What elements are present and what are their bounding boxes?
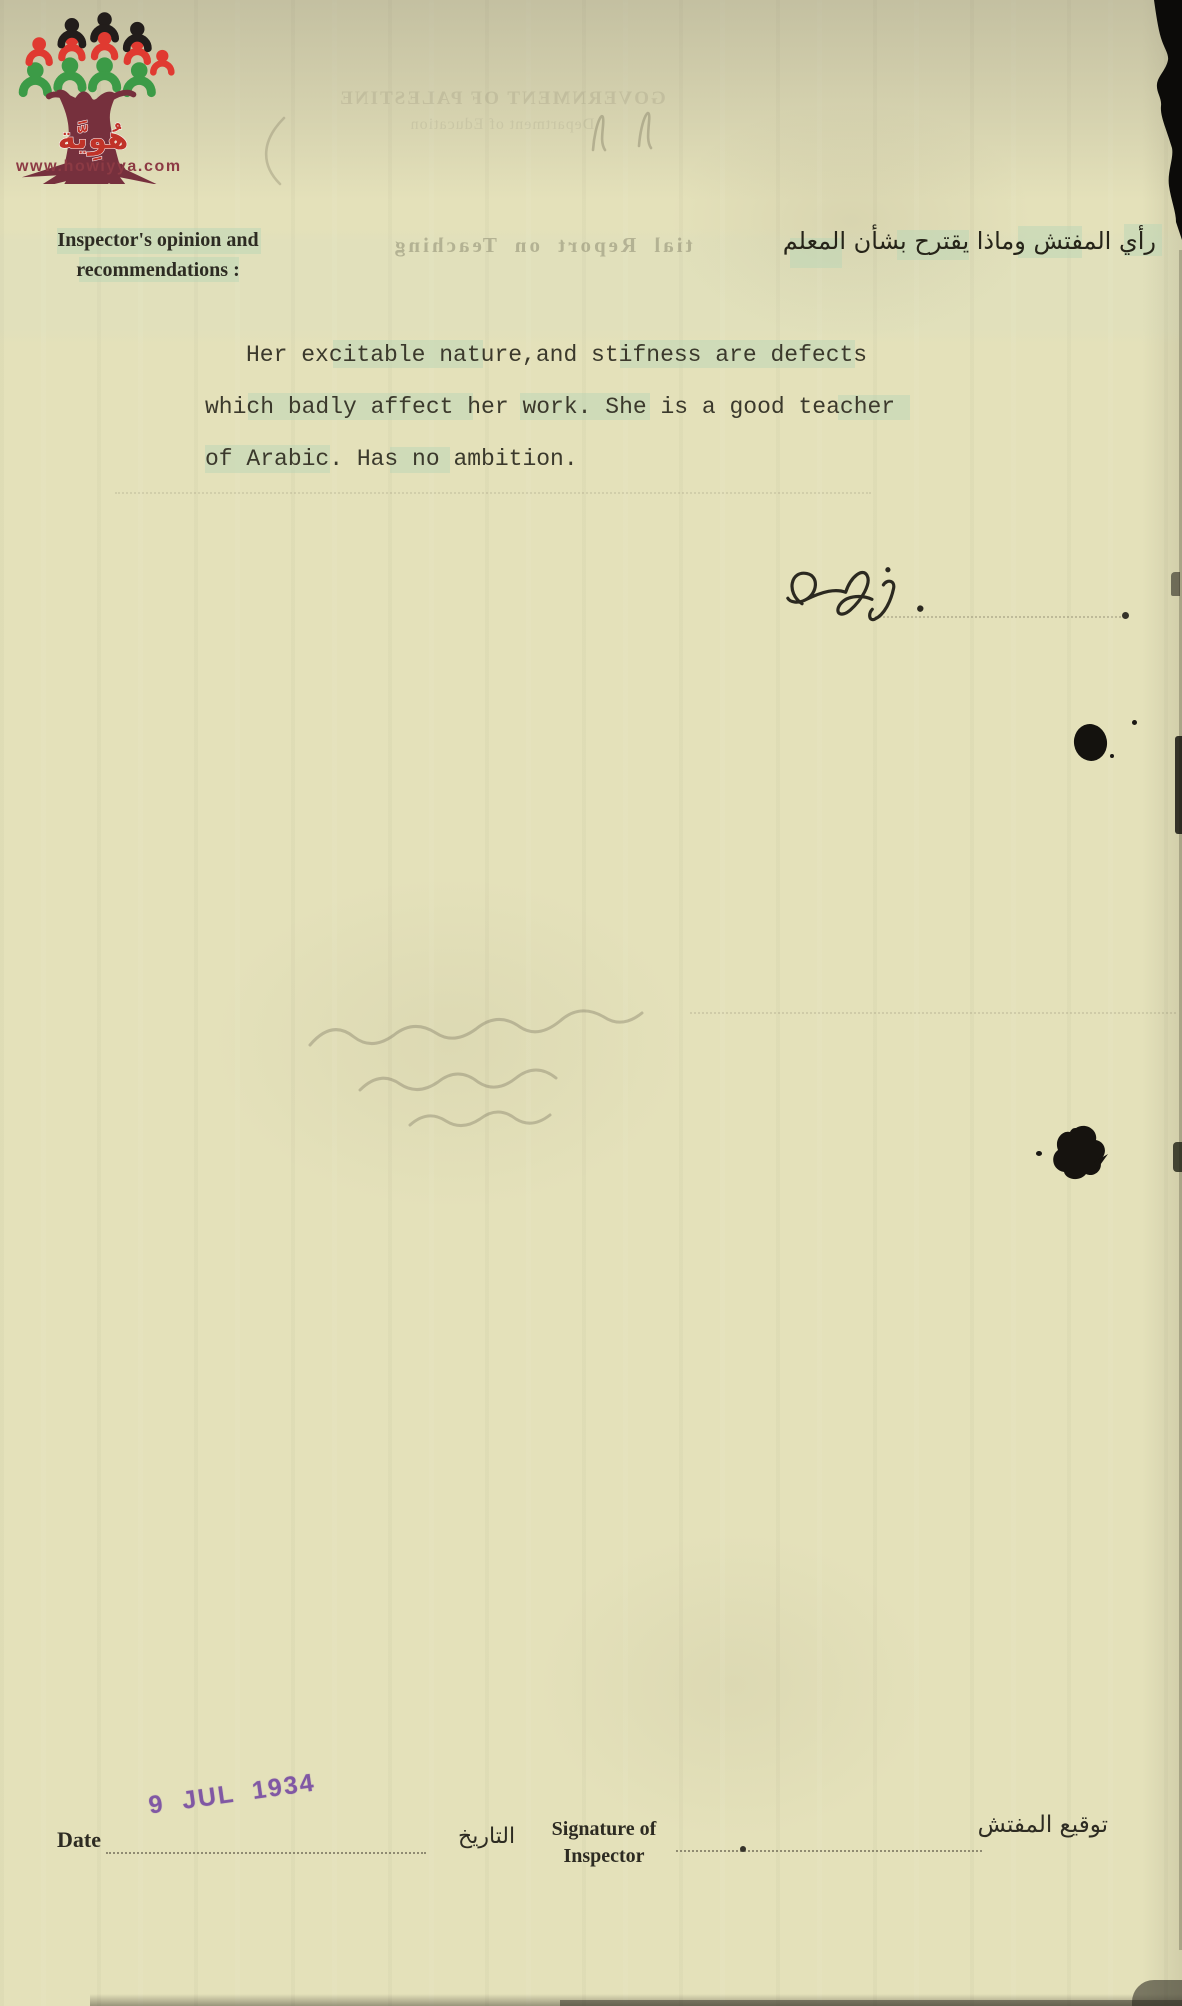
signature-of-label-line2: Inspector <box>548 1843 660 1870</box>
signature-of-label-line1: Signature of <box>548 1816 660 1843</box>
inspector-signature <box>770 553 933 651</box>
date-label: Date <box>57 1827 101 1853</box>
bleedthrough-pencil-curve <box>246 112 296 192</box>
signature-flourish <box>787 570 895 622</box>
faint-rule-line <box>115 492 871 494</box>
signature-period <box>917 605 924 612</box>
scan-edge-artifact <box>1171 572 1180 596</box>
signature-dot <box>885 567 890 572</box>
logo-wordmark: هُوِيَّة <box>58 119 129 161</box>
inspector-opinion-label-arabic: رأي المفتش وماذا يقترح بشأن المعلم <box>783 227 1156 255</box>
date-stamp: 9 JUL 1934 <box>147 1768 318 1820</box>
watermark-url: www.howiyya.com <box>16 158 182 176</box>
remark-line-3: of Arabic. Has no ambition. <box>205 446 578 472</box>
ink-blob <box>1048 1122 1110 1182</box>
date-label-arabic: التاريخ <box>458 1824 515 1849</box>
signature-of-inspector-label: Signature of Inspector <box>548 1816 660 1870</box>
scan-edge-artifact <box>1173 1142 1182 1172</box>
inspector-opinion-label: Inspector's opinion and recommendations … <box>50 225 266 285</box>
ink-speck <box>740 1846 746 1852</box>
ink-speck <box>1122 612 1129 619</box>
scan-bottom-corner <box>1132 1980 1182 2006</box>
logo-people-green <box>23 58 151 93</box>
inspector-opinion-label-line2: recommendations : <box>50 255 266 285</box>
remark-line-2: which badly affect her work. She is a go… <box>205 394 895 420</box>
faint-rule-line <box>690 1012 1176 1014</box>
ink-speck <box>1132 720 1137 725</box>
bleedthrough-pencil-marks <box>575 92 685 162</box>
ink-dot <box>1071 721 1110 763</box>
scanned-report-page: هُوِيَّة www.howiyya.com GOVERNMENT OF P… <box>0 0 1182 2006</box>
signature-fill-line <box>676 1850 982 1852</box>
inspector-opinion-label-line1: Inspector's opinion and <box>50 225 266 255</box>
date-fill-line <box>106 1852 426 1854</box>
bleedthrough-handwriting <box>300 1005 740 1145</box>
remark-line-1: Her excitable nature,and stifness are de… <box>246 342 867 368</box>
ink-speck <box>1036 1151 1042 1156</box>
scan-edge-artifact <box>1175 736 1182 834</box>
bleedthrough-report-title: tial Report on Teaching <box>392 233 693 258</box>
ink-speck <box>1110 754 1114 758</box>
signature-label-arabic: توقيع المفتش <box>978 1812 1108 1838</box>
scan-bottom-edge <box>560 2000 1182 2006</box>
scan-corner-artifact <box>1146 0 1182 245</box>
